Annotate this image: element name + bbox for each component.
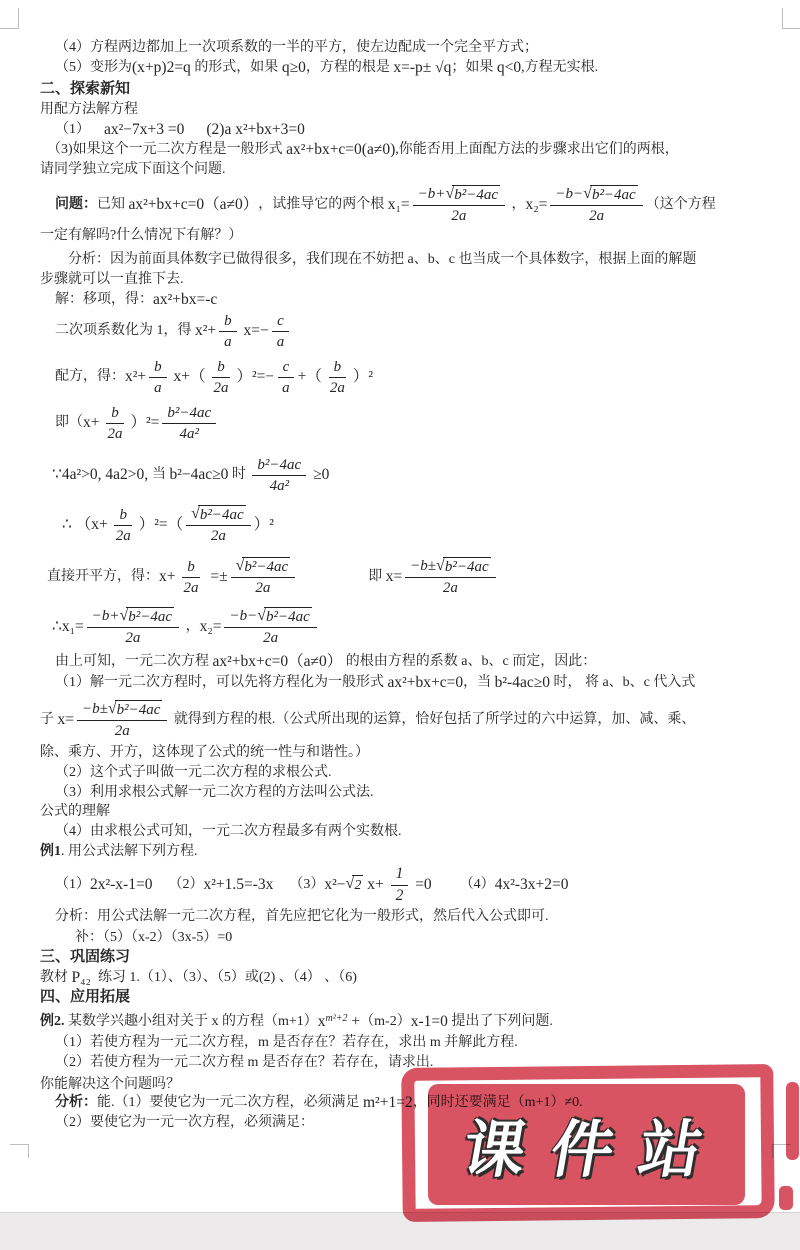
fraction: b²−4ac4a² xyxy=(252,456,306,495)
text-line: （4）方程两边都加上一次项系数的一半的平方，使左边配成一个完全平方式； xyxy=(55,38,538,58)
stamp-ink-blob xyxy=(786,1082,799,1160)
text-line: （2）要使它为一元一次方程，必须满足： xyxy=(55,1113,314,1133)
text-line: 公式的理解 xyxy=(40,802,110,822)
text-line: 问题：已知 ax²+bx+c=0（a≠0），试推导它的两个根 x₁=−b+√b²… xyxy=(55,177,716,233)
text-line: 二次项系数化为 1，得 x²+ba x=−ca xyxy=(55,308,292,354)
fraction: b2a xyxy=(103,404,128,443)
text-line: （4）由求根公式可知，一元二次方程最多有两个实数根. xyxy=(55,822,402,842)
text-line: 补：（5）（x-2）（3x-5）=0 xyxy=(75,928,232,948)
text-line: 四、应用拓展 xyxy=(40,987,130,1007)
text-line: 即（x+b2a）²=b²−4ac4a² xyxy=(55,398,219,448)
fraction: ba xyxy=(149,358,167,397)
fraction: ca xyxy=(272,312,290,351)
page-corner-mark xyxy=(10,1144,29,1158)
text-line: 解：移项，得：ax²+bx=-c xyxy=(55,290,217,310)
text-line: （1）ax²−7x+3 =0(2)a x²+bx+3=0 xyxy=(55,120,305,140)
fraction: −b±√b²−4ac2a xyxy=(405,557,495,597)
fraction: √b²−4ac2a xyxy=(186,505,251,545)
text-line: 用配方法解方程 xyxy=(40,100,138,120)
fraction: ba xyxy=(219,312,237,351)
text-line: （2）若使方程为一元二次方程 m 是否存在？若存在，请求出. xyxy=(55,1053,433,1073)
emphasis-text: 分析： xyxy=(55,1093,97,1113)
emphasis-text: 问题： xyxy=(55,195,97,215)
fraction: b2a xyxy=(209,358,234,397)
stamp-ink-blob xyxy=(779,1186,793,1210)
text-line: （5）变形为(x+p)2=q 的形式，如果 q≥0，方程的根是 x=-p± √q… xyxy=(55,58,598,78)
fraction: −b−√b²−4ac2a xyxy=(550,185,642,225)
fraction: b²−4ac4a² xyxy=(162,404,216,443)
text-line: （3)如果这个一元二次方程是一般形式 ax²+bx+c=0(a≠0),你能否用上… xyxy=(47,140,679,160)
radical: √b²−4ac xyxy=(120,607,175,626)
text-line: 二、探索新知 xyxy=(40,79,130,99)
text-line: （1）解一元二次方程时，可以先将方程化为一般形式 ax²+bx+c=0，当 b²… xyxy=(55,673,695,693)
text-line: 分析：因为前面具体数字已做得很多，我们现在不妨把 a、b、c 也当成一个具体数字… xyxy=(68,250,696,270)
radical: √b²−4ac xyxy=(191,505,246,524)
text-line: ∵4a²>0, 4a2>0, 当 b²−4ac≥0 时 b²−4ac4a² ≥0 xyxy=(52,449,329,501)
page-corner-mark xyxy=(0,8,19,29)
document-page: （4）方程两边都加上一次项系数的一半的平方，使左边配成一个完全平方式；（5）变形… xyxy=(0,0,800,1250)
radical: √b²−4ac xyxy=(436,557,491,576)
radical: √b²−4ac xyxy=(257,607,312,626)
fraction: −b+√b²−4ac2a xyxy=(87,607,179,647)
fraction: b2a xyxy=(111,506,136,545)
fraction: ca xyxy=(277,358,295,397)
text-line: 例2. 某数学兴趣小组对关于 x 的方程（m+1）xm²+2 +（m-2）x-1… xyxy=(40,1008,553,1036)
text-line: 子 x=−b±√b²−4ac2a 就得到方程的根.（公式所出现的运算，恰好包括了… xyxy=(40,692,695,748)
radical: √b²−4ac xyxy=(108,700,163,719)
watermark-stamp: 课件站 xyxy=(417,1084,755,1205)
text-line: 配方，得：x²+ba x+（b2a）²=−ca+（b2a）² xyxy=(55,353,373,401)
fraction: −b+√b²−4ac2a xyxy=(413,185,505,225)
radical: √2 xyxy=(346,875,364,896)
text-line: 直接开平方，得：x+b2a =±√b²−4ac2a即 x=−b±√b²−4ac2… xyxy=(47,550,499,604)
text-line: 三、巩固练习 xyxy=(40,947,130,967)
text-line: （3）利用求根公式解一元二次方程的方法叫公式法. xyxy=(55,783,374,803)
emphasis-text: 例1 xyxy=(40,842,61,862)
text-line: 你能解决这个问题吗？ xyxy=(40,1075,180,1095)
text-line: （1）若使方程为一元二次方程，m 是否存在？若存在，求出 m 并解此方程. xyxy=(55,1033,518,1053)
fraction: √b²−4ac2a xyxy=(231,557,296,597)
text-line: ∴x₁=−b+√b²−4ac2a ，x₂=−b−√b²−4ac2a xyxy=(52,600,320,654)
text-line: 分析：用公式法解一元二次方程，首先应把它化为一般形式，然后代入公式即可. xyxy=(55,907,549,927)
text-line: 例1. 用公式法解下列方程. xyxy=(40,842,198,862)
text-line: 一定有解吗?什么情况下有解？） xyxy=(40,226,242,246)
text-line: 由上可知，一元二次方程 ax²+bx+c=0（a≠0） 的根由方程的系数 a、b… xyxy=(55,652,596,672)
text-line: （2）这个式子叫做一元二次方程的求根公式. xyxy=(55,763,332,783)
fraction: b2a xyxy=(325,358,350,397)
fraction: 12 xyxy=(391,865,409,905)
emphasis-text: 例2. xyxy=(40,1012,65,1032)
fraction: −b±√b²−4ac2a xyxy=(77,700,167,740)
radical: √b²−4ac xyxy=(236,557,291,576)
text-line: 步骤就可以一直推下去. xyxy=(40,270,184,290)
text-line: 除、乘方、开方，这体现了公式的统一性与和谐性。） xyxy=(40,743,369,763)
radical: √b²−4ac xyxy=(583,185,638,204)
fraction: −b−√b²−4ac2a xyxy=(224,607,316,647)
text-line: ∴ （x+b2a）²=（√b²−4ac2a）² xyxy=(62,499,274,551)
radical: √b²−4ac xyxy=(445,185,500,204)
fraction: b2a xyxy=(179,558,204,597)
text-line: （1）2x²-x-1=0（2）x²+1.5=-3x（3）x²−√2 x+ 12 … xyxy=(55,860,568,910)
text-line: 教材 P₄₂ 练习 1.（1）、（3）、（5）或(2) 、（4） 、（6) xyxy=(40,968,357,988)
page-corner-mark xyxy=(782,8,800,29)
